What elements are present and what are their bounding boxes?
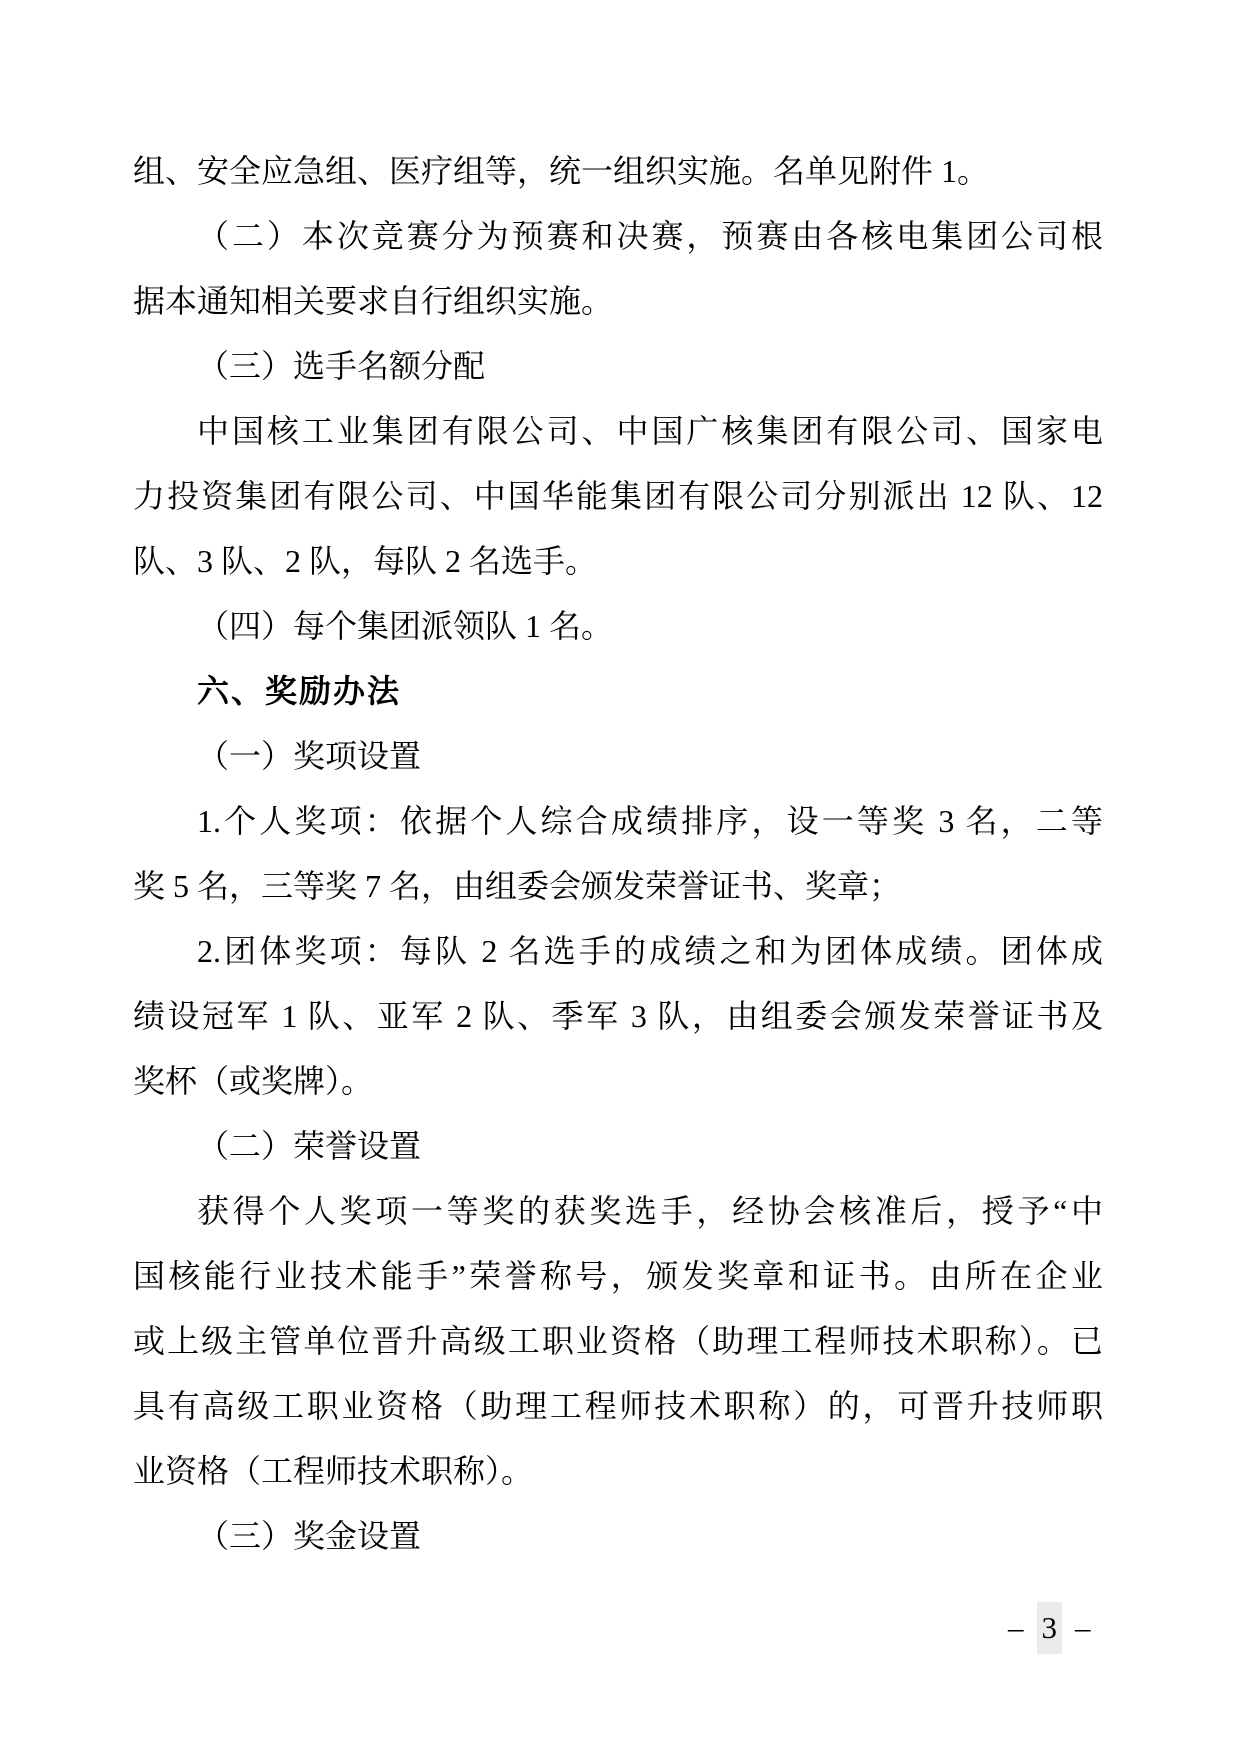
document-line: 奖杯（或奖牌）。 <box>133 1049 1103 1114</box>
document-line: 业资格（工程师技术职称）。 <box>133 1439 1103 1504</box>
section-heading-rewards: 六、奖励办法 <box>133 659 1103 724</box>
document-line: 据本通知相关要求自行组织实施。 <box>133 269 1103 334</box>
document-line: （二）本次竞赛分为预赛和决赛，预赛由各核电集团公司根 <box>133 204 1103 269</box>
page-number-dash-right: – <box>1075 1602 1091 1654</box>
document-line: 组、安全应急组、医疗组等，统一组织实施。名单见附件 1。 <box>133 139 1103 204</box>
document-line: 获得个人奖项一等奖的获奖选手，经协会核准后，授予“中 <box>133 1179 1103 1244</box>
document-line: 国核能行业技术能手”荣誉称号，颁发奖章和证书。由所在企业 <box>133 1244 1103 1309</box>
document-line: （一）奖项设置 <box>133 724 1103 789</box>
document-line: 2.团体奖项：每队 2 名选手的成绩之和为团体成绩。团体成 <box>133 919 1103 984</box>
document-page: 组、安全应急组、医疗组等，统一组织实施。名单见附件 1。 （二）本次竞赛分为预赛… <box>0 0 1241 1754</box>
document-line: （二）荣誉设置 <box>133 1114 1103 1179</box>
document-line: 中国核工业集团有限公司、中国广核集团有限公司、国家电 <box>133 399 1103 464</box>
page-number-dash-left: – <box>1008 1602 1024 1654</box>
document-line: 队、3 队、2 队，每队 2 名选手。 <box>133 529 1103 594</box>
document-line: 绩设冠军 1 队、亚军 2 队、季军 3 队，由组委会颁发荣誉证书及 <box>133 984 1103 1049</box>
document-line: 1.个人奖项：依据个人综合成绩排序，设一等奖 3 名，二等 <box>133 789 1103 854</box>
document-line: 具有高级工职业资格（助理工程师技术职称）的，可晋升技师职 <box>133 1374 1103 1439</box>
page-number: – 3 – <box>1008 1602 1091 1654</box>
document-line: （三）选手名额分配 <box>133 334 1103 399</box>
document-line: 力投资集团有限公司、中国华能集团有限公司分别派出 12 队、12 <box>133 464 1103 529</box>
text-block: 组、安全应急组、医疗组等，统一组织实施。名单见附件 1。 （二）本次竞赛分为预赛… <box>133 139 1103 1569</box>
document-line: 或上级主管单位晋升高级工职业资格（助理工程师技术职称）。已 <box>133 1309 1103 1374</box>
document-line: 奖 5 名，三等奖 7 名，由组委会颁发荣誉证书、奖章； <box>133 854 1103 919</box>
document-line: （四）每个集团派领队 1 名。 <box>133 594 1103 659</box>
page-number-value: 3 <box>1037 1602 1063 1654</box>
document-line: （三）奖金设置 <box>133 1504 1103 1569</box>
